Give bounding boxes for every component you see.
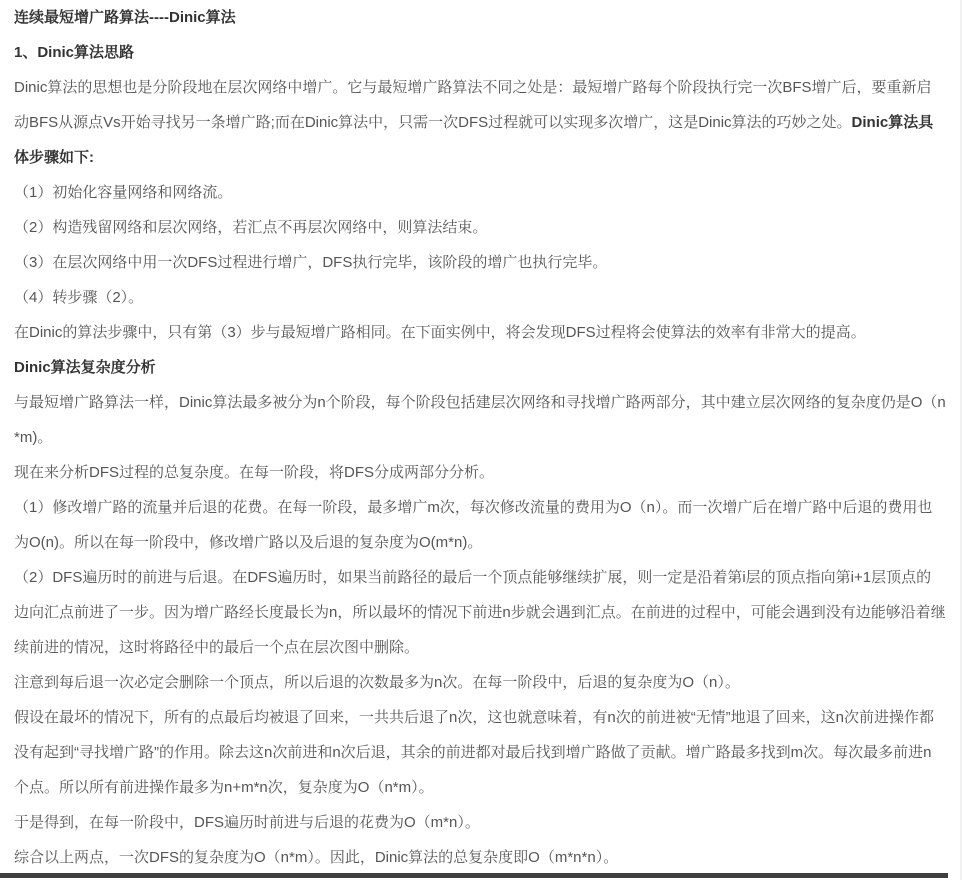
body-text: 与最短增广路算法一样，Dinic算法最多被分为n个阶段，每个阶段包括建层次网络和… (14, 394, 946, 446)
para-worst-case: 假设在最坏的情况下，所有的点最后均被退了回来，一共共后退了n次，这也就意味着，有… (14, 700, 946, 805)
step-item-3: （3）在层次网络中用一次DFS过程进行增广，DFS执行完毕，该阶段的增广也执行完… (14, 245, 946, 280)
para-analysis-part-1: （1）修改增广路的流量并后退的花费。在每一阶段，最多增广m次，每次修改流量的费用… (14, 490, 946, 560)
strong-text: Dinic算法复杂度分析 (14, 359, 156, 376)
strong-text: 1、Dinic算法思路 (14, 44, 134, 61)
article-page: 连续最短增广路算法----Dinic算法1、Dinic算法思路Dinic算法的思… (0, 0, 962, 880)
step-item-4: （4）转步骤（2）。 (14, 280, 946, 315)
para-conclusion: 综合以上两点，一次DFS的复杂度为O（n*m）。因此，Dinic算法的总复杂度即… (14, 840, 946, 875)
section-title-idea: 1、Dinic算法思路 (14, 35, 946, 70)
body-text: 于是得到，在每一阶段中，DFS遍历时前进与后退的花费为O（m*n）。 (14, 814, 480, 831)
body-text: 注意到每后退一次必定会删除一个顶点，所以后退的次数最多为n次。在每一阶段中，后退… (14, 674, 740, 691)
bottom-border-bar (0, 873, 948, 878)
para-per-phase-result: 于是得到，在每一阶段中，DFS遍历时前进与后退的花费为O（m*n）。 (14, 805, 946, 840)
body-text: （2）DFS遍历时的前进与后退。在DFS遍历时，如果当前路径的最后一个顶点能够继… (14, 569, 946, 656)
para-phase-complexity: 与最短增广路算法一样，Dinic算法最多被分为n个阶段，每个阶段包括建层次网络和… (14, 385, 946, 455)
body-text: （2）构造残留网络和层次网络，若汇点不再层次网络中，则算法结束。 (14, 219, 487, 236)
para-intro: Dinic算法的思想也是分阶段地在层次网络中增广。它与最短增广路算法不同之处是：… (14, 70, 946, 175)
body-text: （3）在层次网络中用一次DFS过程进行增广，DFS执行完毕，该阶段的增广也执行完… (14, 254, 607, 271)
body-text: （1）初始化容量网络和网络流。 (14, 184, 232, 201)
body-text: 在Dinic的算法步骤中，只有第（3）步与最短增广路相同。在下面实例中，将会发现… (14, 324, 866, 341)
body-text: 假设在最坏的情况下，所有的点最后均被退了回来，一共共后退了n次，这也就意味着，有… (14, 709, 934, 796)
para-step-note: 在Dinic的算法步骤中，只有第（3）步与最短增广路相同。在下面实例中，将会发现… (14, 315, 946, 350)
body-text: （1）修改增广路的流量并后退的花费。在每一阶段，最多增广m次，每次修改流量的费用… (14, 499, 932, 551)
para-backtrack-note: 注意到每后退一次必定会删除一个顶点，所以后退的次数最多为n次。在每一阶段中，后退… (14, 665, 946, 700)
body-text: 综合以上两点，一次DFS的复杂度为O（n*m）。因此，Dinic算法的总复杂度即… (14, 849, 618, 866)
body-text: Dinic算法的思想也是分阶段地在层次网络中增广。它与最短增广路算法不同之处是：… (14, 79, 932, 131)
para-dfs-analysis-intro: 现在来分析DFS过程的总复杂度。在每一阶段，将DFS分成两部分分析。 (14, 455, 946, 490)
body-text: （4）转步骤（2）。 (14, 289, 143, 306)
para-analysis-part-2: （2）DFS遍历时的前进与后退。在DFS遍历时，如果当前路径的最后一个顶点能够继… (14, 560, 946, 665)
section-title-complexity: Dinic算法复杂度分析 (14, 350, 946, 385)
document-title: 连续最短增广路算法----Dinic算法 (14, 0, 946, 35)
step-item-1: （1）初始化容量网络和网络流。 (14, 175, 946, 210)
step-item-2: （2）构造残留网络和层次网络，若汇点不再层次网络中，则算法结束。 (14, 210, 946, 245)
article-body: 连续最短增广路算法----Dinic算法1、Dinic算法思路Dinic算法的思… (0, 0, 960, 875)
body-text: 现在来分析DFS过程的总复杂度。在每一阶段，将DFS分成两部分分析。 (14, 464, 494, 481)
strong-text: 连续最短增广路算法----Dinic算法 (14, 9, 236, 26)
